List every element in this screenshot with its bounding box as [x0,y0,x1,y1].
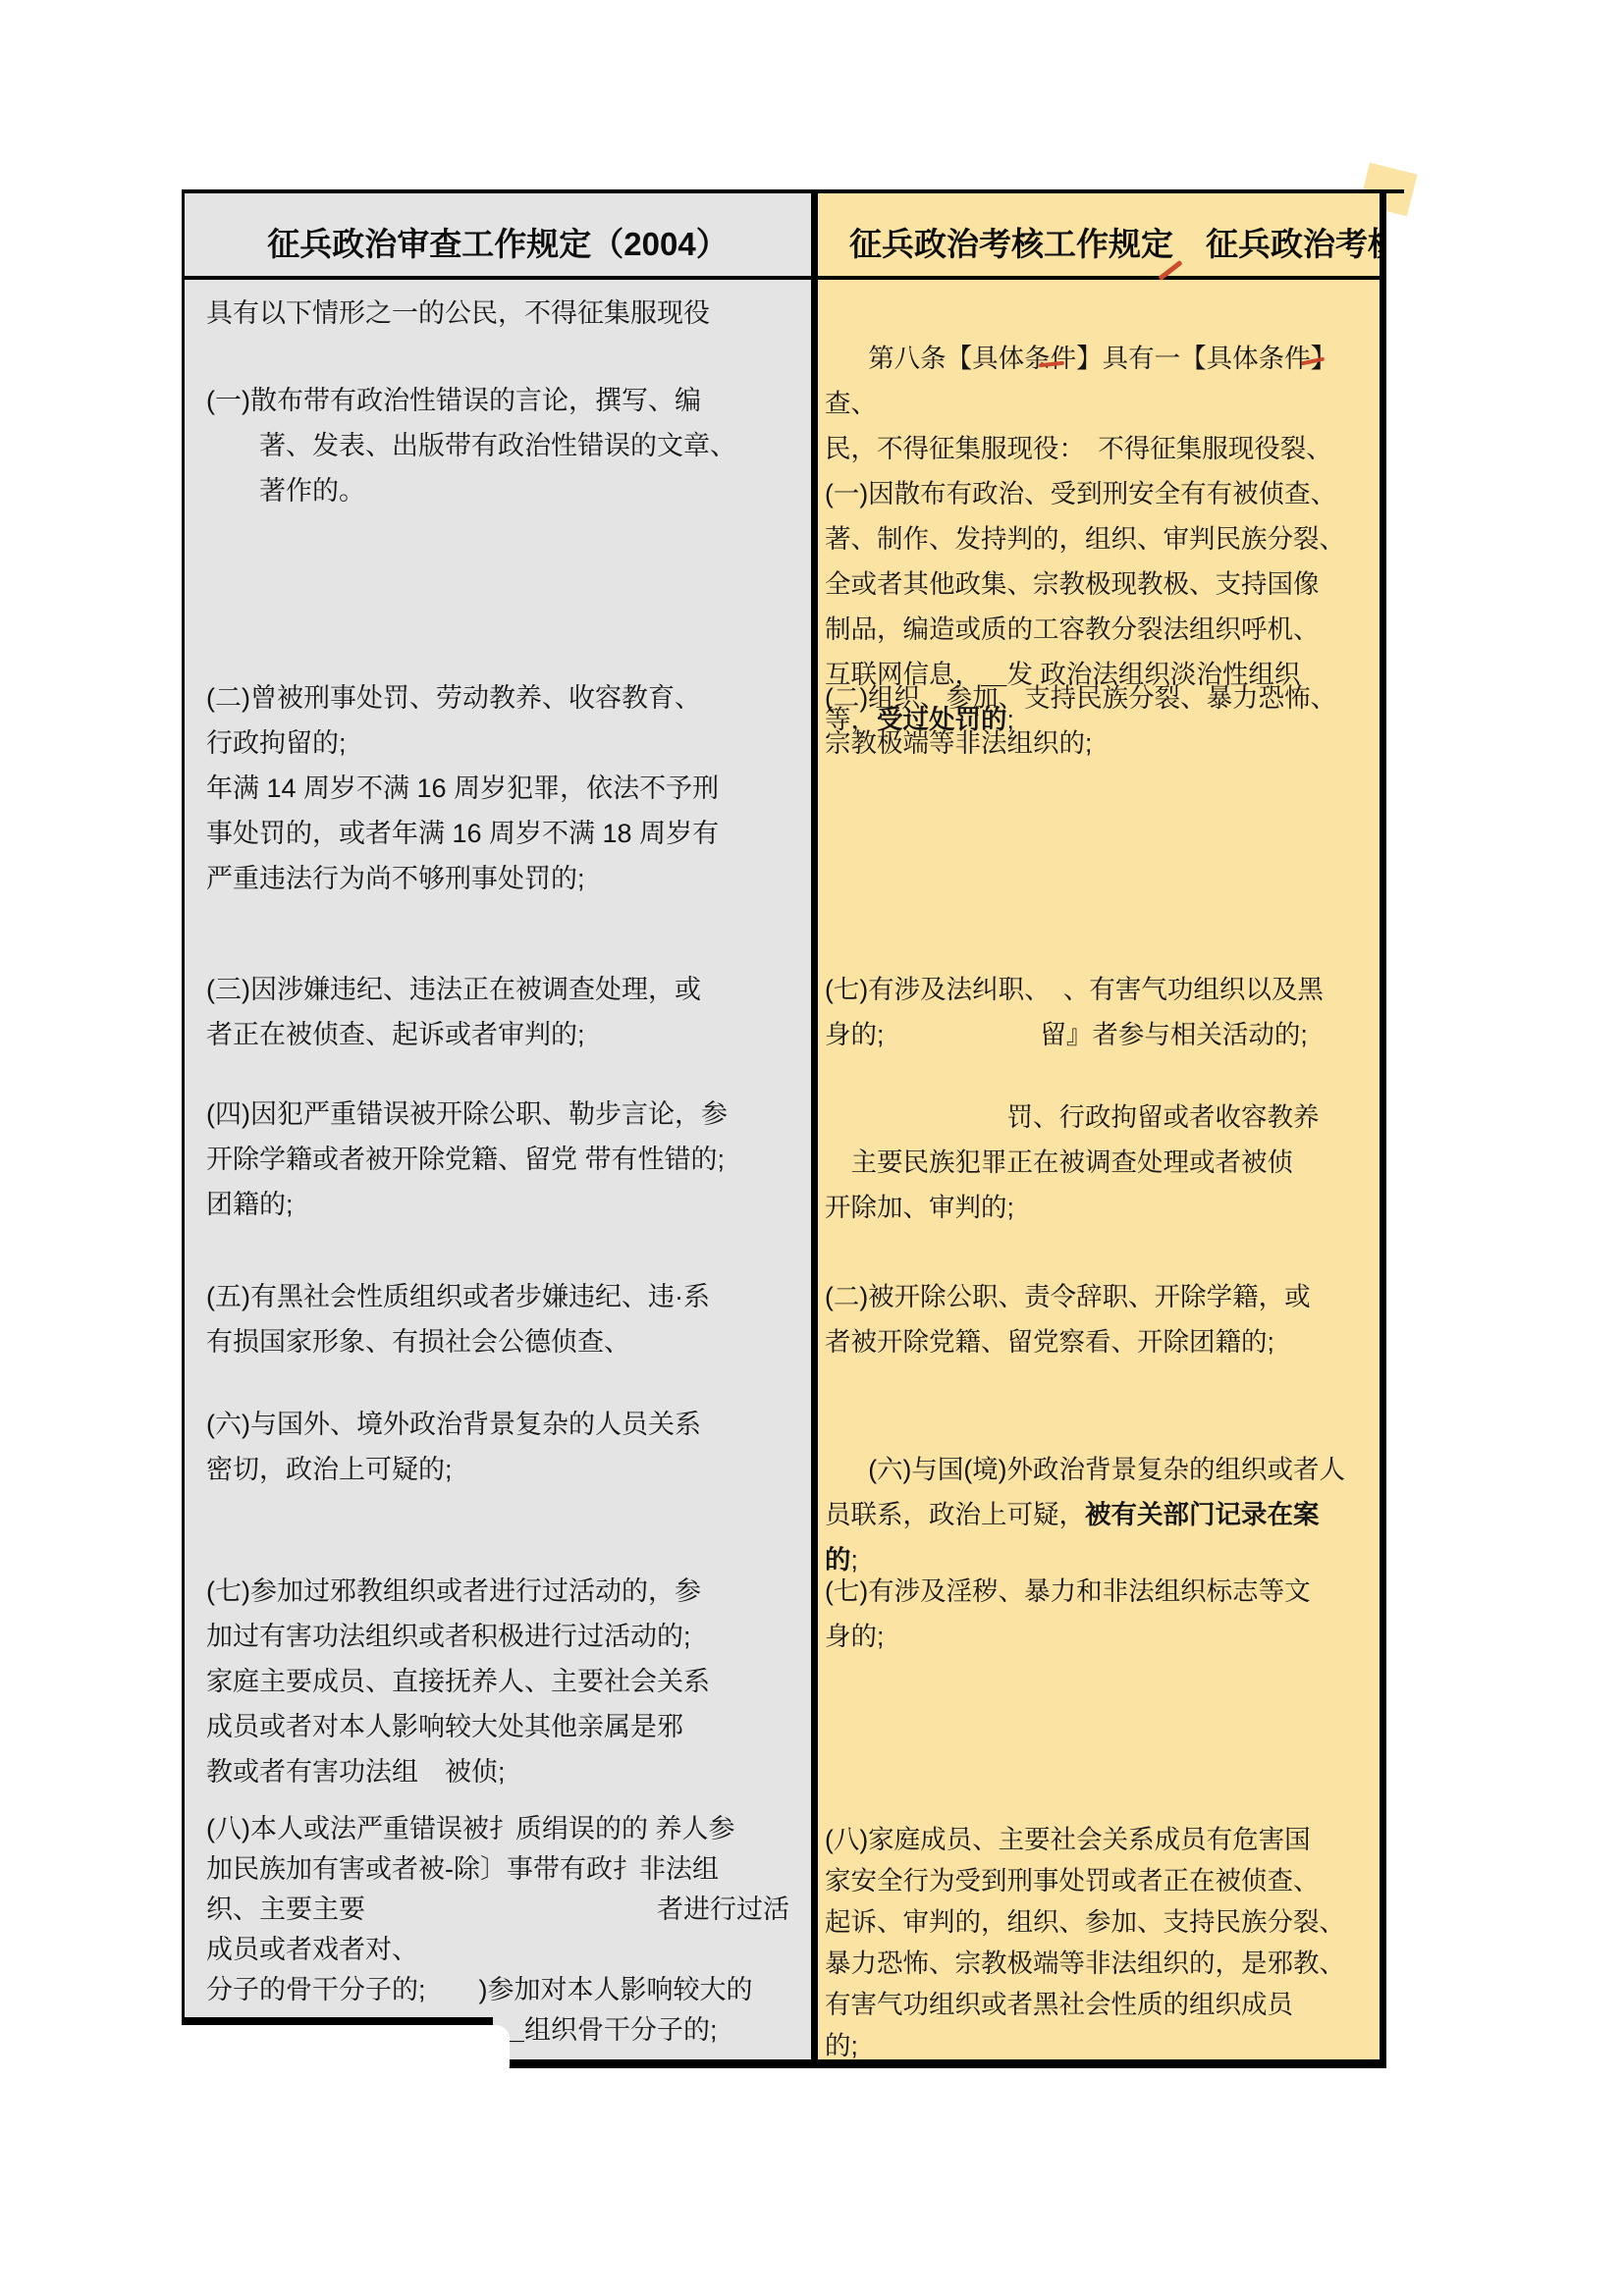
table-border-right [1380,189,1386,2068]
table-border-left [182,189,185,2024]
right-item-1: (二)组织、参加、支持民族分裂、暴力恐怖、 宗教极端等非法组织的; [825,675,1380,766]
left-item-3: (三)因涉嫌违纪、违法正在被调查处理，或 者正在被侦查、起诉或者审判的; [206,967,810,1057]
right-item-7: (八)家庭成员、主要社会关系成员有危害国 家安全行为受到刑事处罚或者正在被侦查、… [825,1819,1380,2066]
left-item-7: (七)参加过邪教组织或者进行过活动的，参 加过有害功法组织或者积极进行过活动的;… [206,1569,810,1794]
scanned-document-page: 征兵政治审查工作规定（2004） 征兵政治考核工作规定 征兵政治考核 具有以下情… [0,0,1624,2296]
left-item-1: (一)散布带有政治性错误的言论，撰写、编 著、发表、出版带有政治性错误的文章、 … [206,378,810,513]
left-item-2: (二)曾被刑事处罚、劳动教养、收容教育、 行政拘留的; 年满 14 周岁不满 1… [206,675,810,901]
table-border-bottom [501,2059,1386,2068]
right-item-2: (七)有涉及法纠职、 、有害气功组织以及黑 身的; 留』者参与相关活动的; [825,967,1380,1057]
left-item-intro: 具有以下情形之一的公民，不得征集服现役 [206,291,810,336]
left-item-4: (四)因犯严重错误被开除公职、勒步言论，参 开除学籍或者被开除党籍、留党 带有性… [206,1092,810,1227]
column-divider [811,189,818,2059]
left-item-8: (八)本人或法严重错误被扌质绢误的的 养人参 加民族加有害或者被-除〕事带有政扌… [206,1809,810,2051]
left-item-6: (六)与国外、境外政治背景复杂的人员关系 密切，政治上可疑的; [206,1402,810,1492]
table-border-top [182,189,1404,193]
header-divider [182,276,1386,280]
right-item-4: (二)被开除公职、责令辞职、开除学籍，或 者被开除党籍、留党察看、开除团籍的; [825,1274,1380,1364]
right-item-3: 罚、行政拘留或者收容教养 主要民族犯罪正在被调查处理或者被侦 开除加、审判的; [825,1095,1380,1230]
torn-paper-notch [176,2025,510,2123]
left-cell-bottom-border [182,2017,493,2025]
right-item-6: (七)有涉及淫秽、暴力和非法组织标志等文 身的; [825,1569,1380,1659]
comparison-table: 征兵政治审查工作规定（2004） 征兵政治考核工作规定 征兵政治考核 具有以下情… [182,189,1458,2143]
left-column-title: 征兵政治审查工作规定（2004） [185,219,811,265]
left-item-5: (五)有黑社会性质组织或者步嫌违纪、违·系 有损国家形象、有损社会公德侦查、 [206,1274,810,1364]
right-column-title: 征兵政治考核工作规定 征兵政治考核 [849,219,1380,265]
